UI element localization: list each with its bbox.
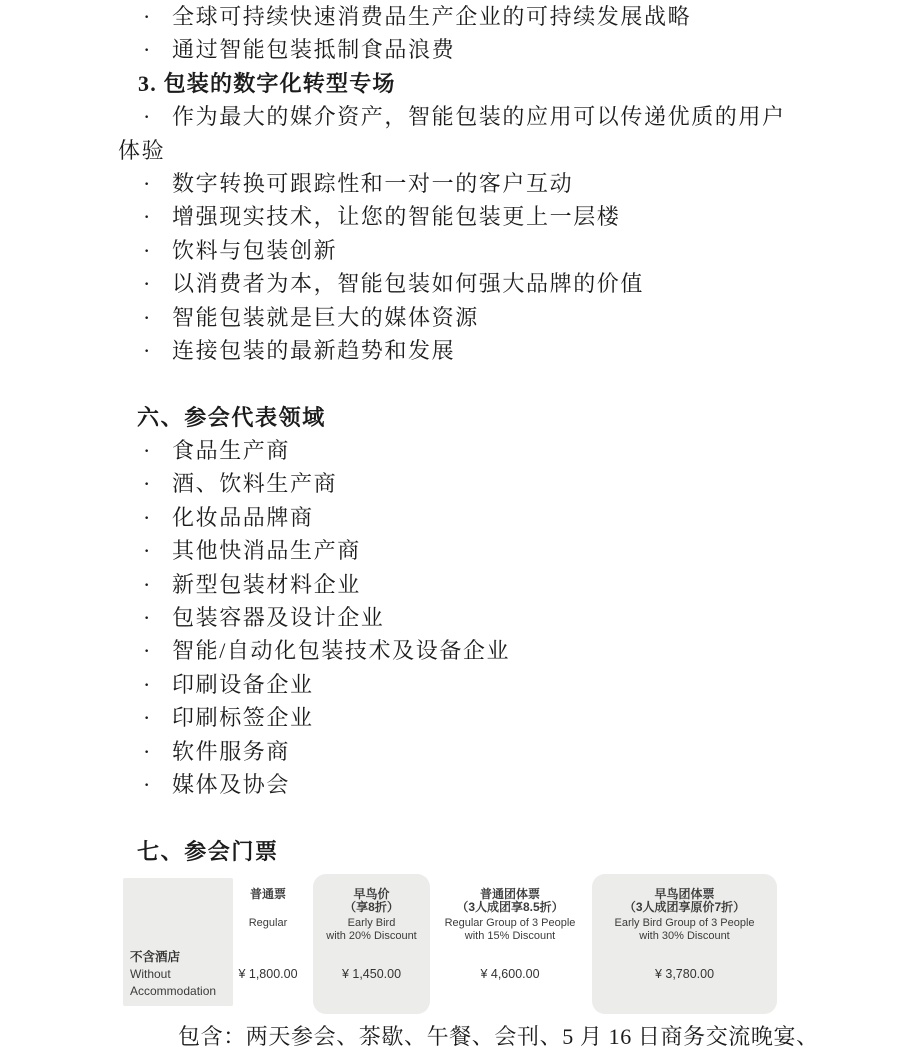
bullet-item: ·媒体及协会 [0,768,900,801]
ticket-name-en2: with 30% Discount [592,930,777,943]
ticket-name-en1: Regular [223,917,313,930]
bullet-item: ·食品生产商 [0,434,900,467]
bullet-dot: · [143,601,172,634]
bullet-text-continuation: 体验 [0,134,900,167]
blank-line [0,367,900,400]
bullet-dot: · [143,501,172,534]
ticket-name-zh2: （3人成团享8.5折） [420,901,600,914]
bullet-item: ·包装容器及设计企业 [0,601,900,634]
ticket-name-zh1: 普通票 [223,888,313,901]
bullet-text: 增强现实技术，让您的智能包装更上一层楼 [172,204,620,229]
bullet-dot: · [143,0,172,33]
bullet-text: 印刷标签企业 [172,705,314,730]
bullet-item: ·作为最大的媒介资产，智能包装的应用可以传递优质的用户 [0,100,900,133]
heading-attendee-fields: 六、参会代表领域 [0,401,900,434]
bullet-dot: · [143,301,172,334]
ticket-name-zh: 早鸟价 （享8折） [313,888,430,914]
bullet-text: 其他快消品生产商 [172,538,361,563]
bullet-text: 作为最大的媒介资产，智能包装的应用可以传递优质的用户 [172,104,786,129]
ticket-name-en: Early Bird with 20% Discount [313,917,430,943]
ticket-name-en1: Early Bird Group of 3 People [592,917,777,930]
ticket-price: ¥ 3,780.00 [592,967,777,981]
bullet-dot: · [143,568,172,601]
bullet-text: 媒体及协会 [172,772,290,797]
ticket-name-zh2: （3人成团享原价7折） [592,901,777,914]
bullet-text: 饮料与包装创新 [172,238,337,263]
bullet-dot: · [143,668,172,701]
bullet-dot: · [143,434,172,467]
bullet-dot: · [143,735,172,768]
bullet-item: ·连接包装的最新趋势和发展 [0,334,900,367]
ticket-name-en: Regular [223,917,313,930]
bullet-dot: · [143,701,172,734]
bullet-item: ·印刷标签企业 [0,701,900,734]
document-page: ·全球可持续快速消费品生产企业的可持续发展战略 ·通过智能包装抵制食品浪费 3.… [0,0,900,1055]
bullet-item: ·通过智能包装抵制食品浪费 [0,33,900,66]
bullet-text: 智能包装就是巨大的媒体资源 [172,305,479,330]
bullet-dot: · [143,334,172,367]
ticket-name-en: Regular Group of 3 People with 15% Disco… [420,917,600,943]
bullet-item: ·数字转换可跟踪性和一对一的客户互动 [0,167,900,200]
ticket-price: ¥ 1,450.00 [313,967,430,981]
bullet-text: 印刷设备企业 [172,672,314,697]
ticket-name-zh: 早鸟团体票 （3人成团享原价7折） [592,888,777,914]
ticket-inclusions-note: 包含：两天参会、茶歇、午餐、会刊、5 月 16 日商务交流晚宴、 [0,1020,900,1053]
bullet-text: 智能/自动化包装技术及设备企业 [172,638,510,663]
bullet-dot: · [143,467,172,500]
ticket-name-en1: Early Bird [313,917,430,930]
bullet-text: 包装容器及设计企业 [172,605,384,630]
bullet-item: ·新型包装材料企业 [0,568,900,601]
heading-tickets: 七、参会门票 [0,835,900,868]
ticket-price: ¥ 4,600.00 [420,967,600,981]
ticket-name-zh2: （享8折） [313,901,430,914]
ticket-name-zh: 普通票 [223,888,313,901]
bullet-text: 全球可持续快速消费品生产企业的可持续发展战略 [172,4,691,29]
bullet-dot: · [143,267,172,300]
bullet-item: ·其他快消品生产商 [0,534,900,567]
bullet-item: ·增强现实技术，让您的智能包装更上一层楼 [0,200,900,233]
ticket-price-table: 不含酒店 Without Accommodation 普通票 Regular ¥… [0,874,900,1014]
bullet-dot: · [143,234,172,267]
heading-digital-transformation: 3. 包装的数字化转型专场 [0,67,900,100]
ticket-name-zh: 普通团体票 （3人成团享8.5折） [420,888,600,914]
bullet-item: ·全球可持续快速消费品生产企业的可持续发展战略 [0,0,900,33]
bullet-item: ·印刷设备企业 [0,668,900,701]
bullet-dot: · [143,200,172,233]
ticket-name-en: Early Bird Group of 3 People with 30% Di… [592,917,777,943]
blank-line [0,801,900,834]
ticket-name-en2: with 15% Discount [420,930,600,943]
bullet-dot: · [143,634,172,667]
bullet-text: 软件服务商 [172,739,290,764]
bullet-item: ·以消费者为本，智能包装如何强大品牌的价值 [0,267,900,300]
ticket-name-en1: Regular Group of 3 People [420,917,600,930]
bullet-text: 新型包装材料企业 [172,572,361,597]
column-regular-group-ticket: 普通团体票 （3人成团享8.5折） Regular Group of 3 Peo… [420,874,600,1014]
bullet-text: 酒、饮料生产商 [172,471,337,496]
column-early-bird-group-ticket: 早鸟团体票 （3人成团享原价7折） Early Bird Group of 3 … [592,874,777,1014]
bullet-dot: · [143,167,172,200]
ticket-price: ¥ 1,800.00 [223,967,313,981]
bullet-item: ·智能包装就是巨大的媒体资源 [0,301,900,334]
bullet-item: ·饮料与包装创新 [0,234,900,267]
ticket-name-en2: with 20% Discount [313,930,430,943]
bullet-item: ·化妆品品牌商 [0,501,900,534]
bullet-dot: · [143,100,172,133]
bullet-item: ·酒、饮料生产商 [0,467,900,500]
bullet-text: 数字转换可跟踪性和一对一的客户互动 [172,171,573,196]
bullet-dot: · [143,33,172,66]
bullet-item: ·软件服务商 [0,735,900,768]
bullet-text: 化妆品品牌商 [172,505,314,530]
column-early-bird-ticket: 早鸟价 （享8折） Early Bird with 20% Discount ¥… [313,874,430,1014]
bullet-text: 以消费者为本，智能包装如何强大品牌的价值 [172,271,644,296]
bullet-dot: · [143,534,172,567]
column-regular-ticket: 普通票 Regular ¥ 1,800.00 [223,874,313,1014]
bullet-text: 连接包装的最新趋势和发展 [172,338,455,363]
bullet-dot: · [143,768,172,801]
bullet-text: 食品生产商 [172,438,290,463]
bullet-text: 通过智能包装抵制食品浪费 [172,37,455,62]
bullet-item: ·智能/自动化包装技术及设备企业 [0,634,900,667]
